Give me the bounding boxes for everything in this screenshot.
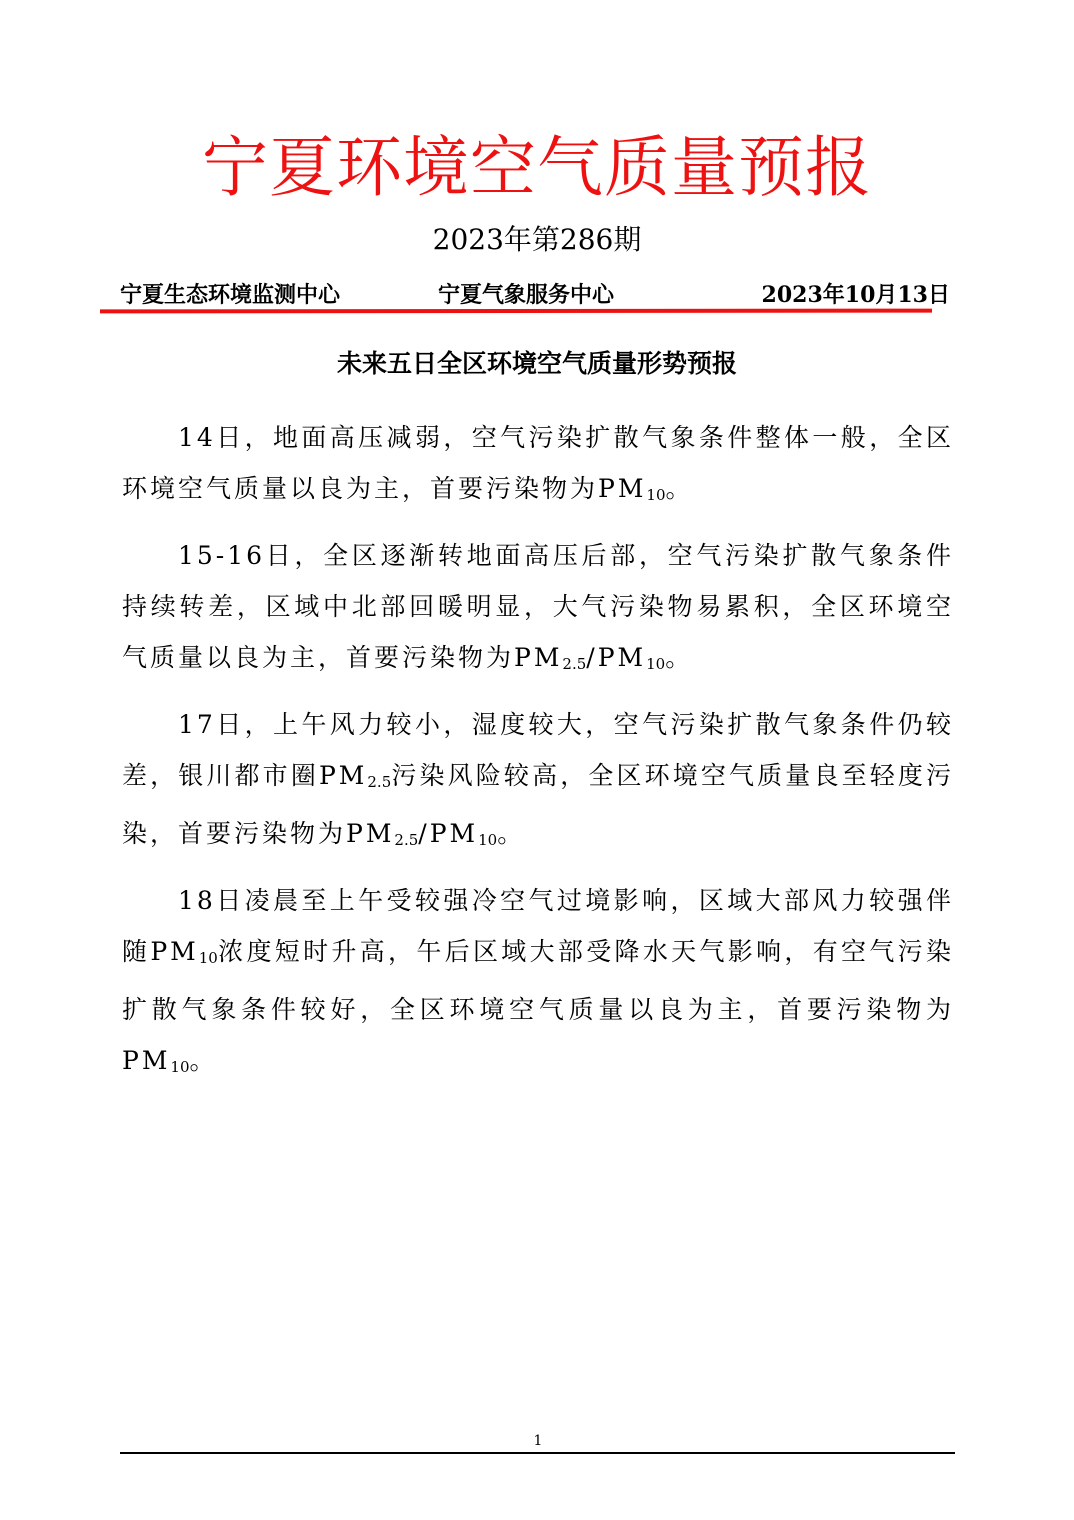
subscript: 10	[478, 831, 497, 849]
publish-date: 2023年10月13日	[762, 278, 950, 312]
paragraph-text: 。	[190, 1046, 218, 1075]
paragraph-day-18: 18日凌晨至上午受较强冷空气过境影响，区域大部风力较强伴随PM10浓度短时升高，…	[122, 875, 954, 1093]
subscript: 2.5	[367, 773, 391, 791]
paragraph-text: 。	[666, 474, 694, 503]
publisher-line: 宁夏生态环境监测中心 宁夏气象服务中心 2023年10月13日	[120, 278, 950, 312]
paragraph-text: 15-16日，全区逐渐转地面高压后部，空气污染扩散气象条件持续转差，区域中北部回…	[122, 541, 954, 672]
paragraph-text: 14日，地面高压减弱，空气污染扩散气象条件整体一般，全区环境空气质量以良为主，首…	[122, 423, 954, 503]
footer-divider	[120, 1452, 955, 1454]
subscript: 10	[170, 1058, 189, 1076]
paragraph-text: /PM	[586, 643, 646, 672]
publisher-environment-center: 宁夏生态环境监测中心	[120, 278, 340, 312]
paragraph-text: 。	[665, 643, 693, 672]
subscript: 10	[646, 655, 665, 673]
subscript: 2.5	[394, 831, 418, 849]
page-number: 1	[530, 1432, 546, 1450]
paragraph-day-14: 14日，地面高压减弱，空气污染扩散气象条件整体一般，全区环境空气质量以良为主，首…	[122, 412, 954, 521]
paragraph-text: 。	[497, 819, 525, 848]
header-divider	[100, 309, 932, 314]
subscript: 10	[646, 486, 665, 504]
paragraph-day-15-16: 15-16日，全区逐渐转地面高压后部，空气污染扩散气象条件持续转差，区域中北部回…	[122, 530, 954, 690]
document-title: 宁夏环境空气质量预报	[0, 128, 1074, 208]
subscript: 2.5	[562, 655, 586, 673]
paragraph-text: /PM	[418, 819, 478, 848]
document-body: 14日，地面高压减弱，空气污染扩散气象条件整体一般，全区环境空气质量以良为主，首…	[122, 412, 954, 1102]
subscript: 10	[199, 949, 218, 967]
section-title: 未来五日全区环境空气质量形势预报	[0, 346, 1074, 382]
paragraph-day-17: 17日，上午风力较小，湿度较大，空气污染扩散气象条件仍较差，银川都市圈PM2.5…	[122, 699, 954, 866]
issue-number: 2023年第286期	[0, 222, 1074, 258]
paragraph-text: 浓度短时升高，午后区域大部受降水天气影响，有空气污染扩散气象条件较好，全区环境空…	[122, 937, 954, 1075]
publisher-meteorology-center: 宁夏气象服务中心	[438, 278, 614, 312]
